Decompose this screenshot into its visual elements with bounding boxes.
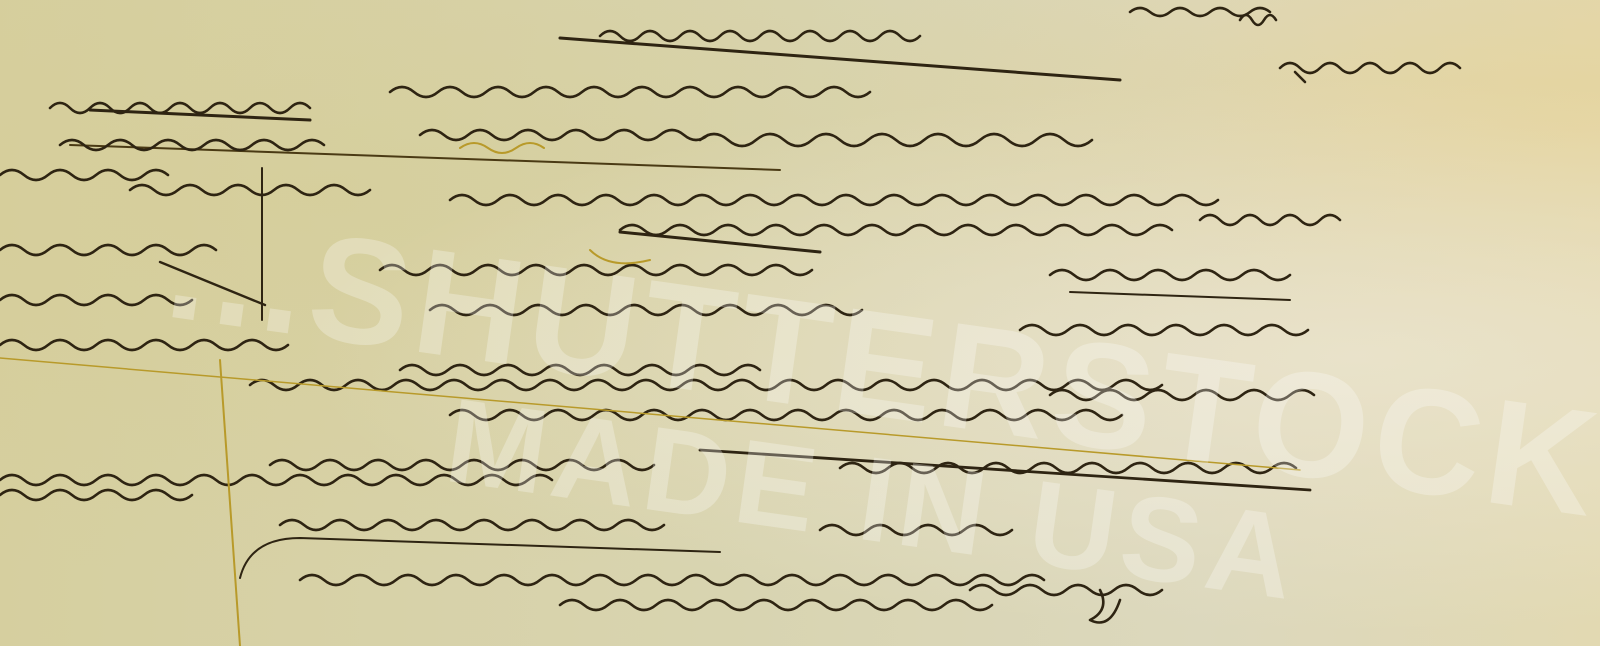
manuscript-photo: ...SHUTTERSTOCK... MADE IN USA Photograp… (0, 0, 1600, 646)
handwriting-strokes (0, 0, 1600, 646)
